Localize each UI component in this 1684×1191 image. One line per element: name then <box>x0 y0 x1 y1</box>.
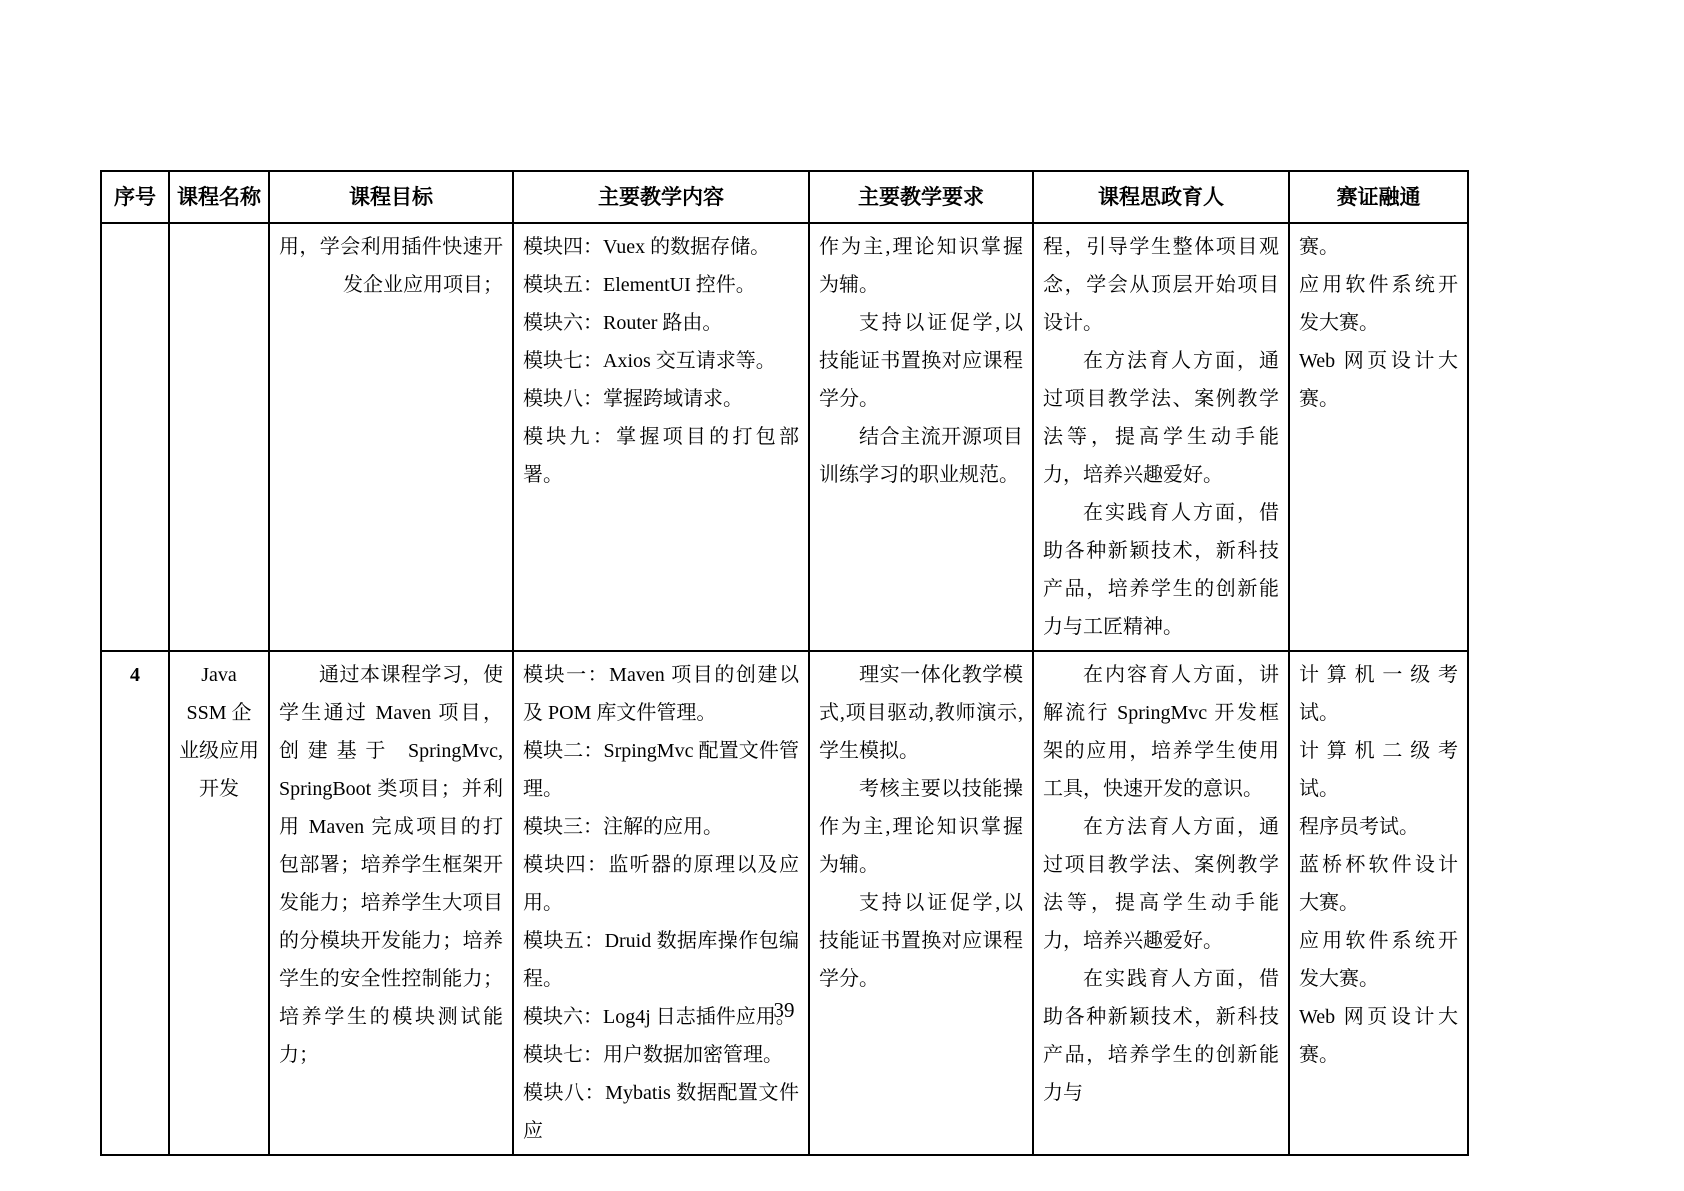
paragraph: 在实践育人方面，借助各种新颖技术，新科技产品，培养学生的创新能力与 <box>1043 960 1279 1112</box>
page-number: 39 <box>774 998 795 1022</box>
column-header-teaching-content: 主要教学内容 <box>513 171 809 223</box>
paragraph: 模块七：用户数据加密管理。 <box>523 1036 799 1074</box>
column-header-competition-certificate: 赛证融通 <box>1289 171 1468 223</box>
paragraph: 蓝桥杯软件设计大赛。 <box>1299 846 1458 922</box>
document-page: 序号 课程名称 课程目标 主要教学内容 主要教学要求 课程思政育人 赛证融通 用… <box>0 0 1684 1191</box>
paragraph: 考核主要以技能操作为主,理论知识掌握为辅。 <box>819 770 1023 884</box>
column-header-teaching-requirements: 主要教学要求 <box>809 171 1033 223</box>
cell-course-objectives: 通过本课程学习，使学生通过 Maven 项目，创建基于 SpringMvc, S… <box>269 651 513 1155</box>
cell-ideology-education: 在内容育人方面，讲解流行 SpringMvc 开发框架的应用，培养学生使用工具，… <box>1033 651 1289 1155</box>
cell-ideology-education: 程，引导学生整体项目观念，学会从顶层开始项目设计。在方法育人方面，通过项目教学法… <box>1033 223 1289 651</box>
paragraph: 模块五：ElementUI 控件。 <box>523 266 799 304</box>
cell-competition-certificate: 计算机一级考试。计算机二级考试。程序员考试。蓝桥杯软件设计大赛。应用软件系统开发… <box>1289 651 1468 1155</box>
cell-competition-certificate: 赛。应用软件系统开发大赛。Web 网页设计大赛。 <box>1289 223 1468 651</box>
cell-teaching-requirements: 作为主,理论知识掌握为辅。支持以证促学,以技能证书置换对应课程学分。结合主流开源… <box>809 223 1033 651</box>
cell-seq <box>101 223 169 651</box>
paragraph: 应用软件系统开发大赛。 <box>1299 266 1458 342</box>
paragraph: 在方法育人方面，通过项目教学法、案例教学法等，提高学生动手能力，培养兴趣爱好。 <box>1043 342 1279 494</box>
cell-course-objectives: 用，学会利用插件快速开发企业应用项目； <box>269 223 513 651</box>
paragraph: 模块一：Maven 项目的创建以及 POM 库文件管理。 <box>523 656 799 732</box>
paragraph: 模块八：Mybatis 数据配置文件应 <box>523 1074 799 1150</box>
paragraph: 模块四：Vuex 的数据存储。 <box>523 228 799 266</box>
paragraph: 模块七：Axios 交互请求等。 <box>523 342 799 380</box>
cell-course-name: Java SSM 企业级应用开发 <box>169 651 269 1155</box>
paragraph: 模块六：Router 路由。 <box>523 304 799 342</box>
paragraph: 在内容育人方面，讲解流行 SpringMvc 开发框架的应用，培养学生使用工具，… <box>1043 656 1279 808</box>
paragraph: 模块八：掌握跨域请求。 <box>523 380 799 418</box>
paragraph: 理实一体化教学模式,项目驱动,教师演示,学生模拟。 <box>819 656 1023 770</box>
paragraph: 支持以证促学,以技能证书置换对应课程学分。 <box>819 304 1023 418</box>
cell-teaching-content: 模块四：Vuex 的数据存储。模块五：ElementUI 控件。模块六：Rout… <box>513 223 809 651</box>
paragraph: 模块六：Log4j 日志插件应用。 <box>523 998 799 1036</box>
cell-seq: 4 <box>101 651 169 1155</box>
column-header-objectives: 课程目标 <box>269 171 513 223</box>
paragraph: 程序员考试。 <box>1299 808 1458 846</box>
paragraph: 模块四：监听器的原理以及应用。 <box>523 846 799 922</box>
cell-course-name <box>169 223 269 651</box>
paragraph: Web 网页设计大赛。 <box>1299 998 1458 1074</box>
column-header-course-name: 课程名称 <box>169 171 269 223</box>
paragraph: 在实践育人方面，借助各种新颖技术，新科技产品，培养学生的创新能力与工匠精神。 <box>1043 494 1279 646</box>
paragraph: 模块九：掌握项目的打包部署。 <box>523 418 799 494</box>
table-row: 用，学会利用插件快速开发企业应用项目； 模块四：Vuex 的数据存储。模块五：E… <box>101 223 1468 651</box>
cell-teaching-requirements: 理实一体化教学模式,项目驱动,教师演示,学生模拟。考核主要以技能操作为主,理论知… <box>809 651 1033 1155</box>
header-row: 序号 课程名称 课程目标 主要教学内容 主要教学要求 课程思政育人 赛证融通 <box>101 171 1468 223</box>
paragraph: 发企业应用项目； <box>279 266 503 304</box>
paragraph: 应用软件系统开发大赛。 <box>1299 922 1458 998</box>
paragraph: 赛。 <box>1299 228 1458 266</box>
paragraph: 模块五：Druid 数据库操作包编程。 <box>523 922 799 998</box>
paragraph: 计算机二级考试。 <box>1299 732 1458 808</box>
paragraph: 模块三：注解的应用。 <box>523 808 799 846</box>
paragraph: 作为主,理论知识掌握为辅。 <box>819 228 1023 304</box>
paragraph: 程，引导学生整体项目观念，学会从顶层开始项目设计。 <box>1043 228 1279 342</box>
column-header-ideology-education: 课程思政育人 <box>1033 171 1289 223</box>
paragraph: 支持以证促学,以技能证书置换对应课程学分。 <box>819 884 1023 998</box>
table-row: 4 Java SSM 企业级应用开发 通过本课程学习，使学生通过 Maven 项… <box>101 651 1468 1155</box>
paragraph: 通过本课程学习，使学生通过 Maven 项目，创建基于 SpringMvc, S… <box>279 656 503 1074</box>
cell-teaching-content: 模块一：Maven 项目的创建以及 POM 库文件管理。模块二：SrpingMv… <box>513 651 809 1155</box>
paragraph: 模块二：SrpingMvc 配置文件管理。 <box>523 732 799 808</box>
column-header-seq: 序号 <box>101 171 169 223</box>
paragraph: 结合主流开源项目训练学习的职业规范。 <box>819 418 1023 494</box>
paragraph: 在方法育人方面，通过项目教学法、案例教学法等，提高学生动手能力，培养兴趣爱好。 <box>1043 808 1279 960</box>
paragraph: 用，学会利用插件快速开 <box>279 228 503 266</box>
paragraph: 计算机一级考试。 <box>1299 656 1458 732</box>
paragraph: Web 网页设计大赛。 <box>1299 342 1458 418</box>
